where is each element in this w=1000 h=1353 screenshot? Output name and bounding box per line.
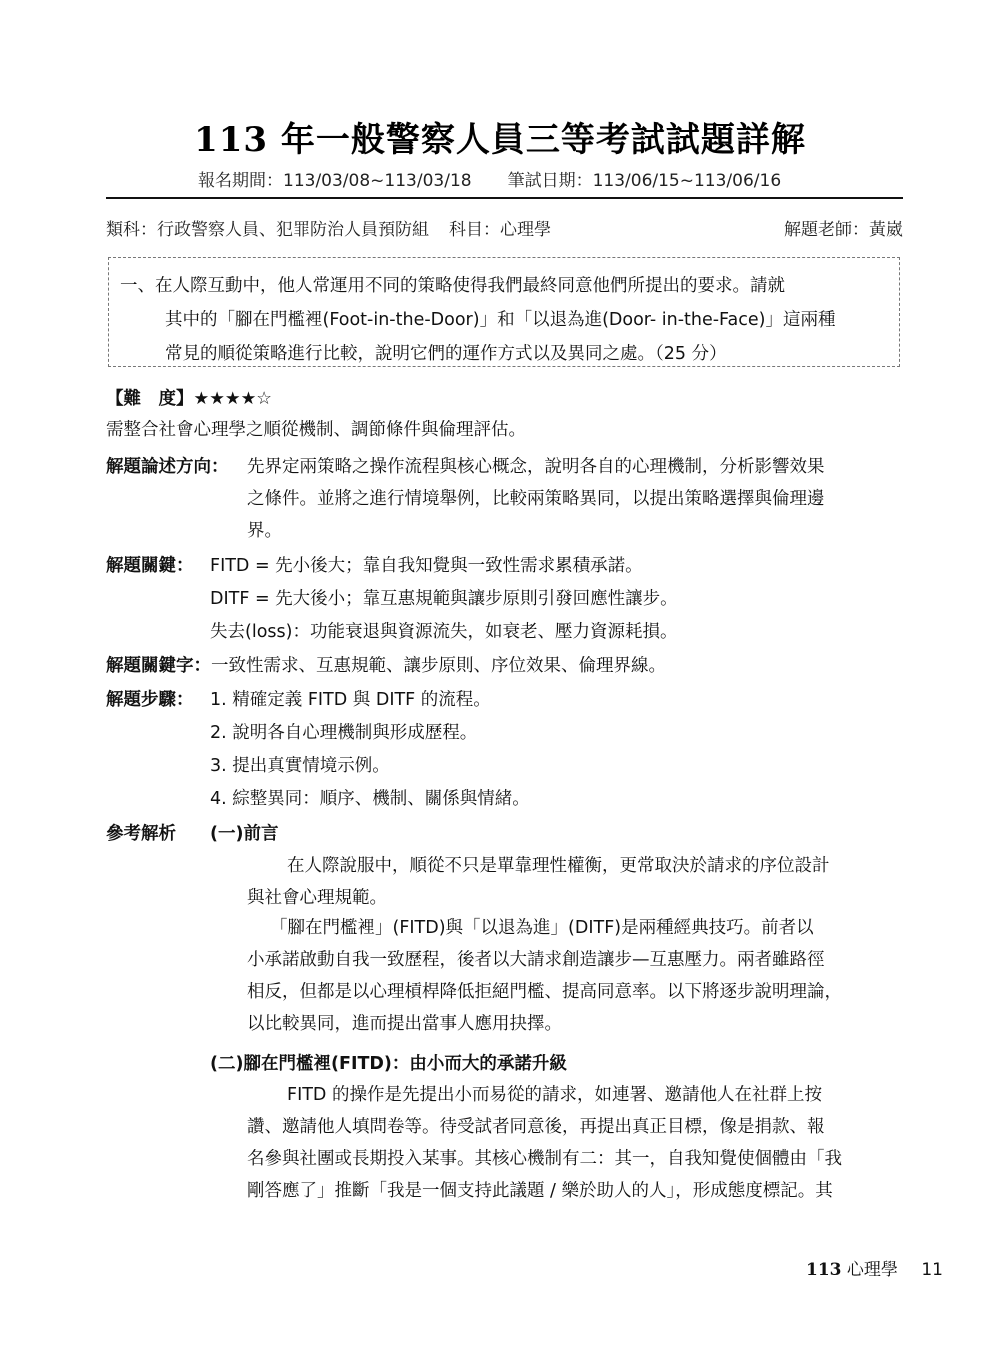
header-divider [106,197,903,199]
section-1-p2-line-4: 以比較異同，進而提出當事人應用抉擇。 [247,1010,562,1035]
keywords: 解題關鍵字：一致性需求、互惠規範、讓步原則、序位效果、倫理界線。 [106,652,666,677]
section-1-p2-line-3: 相反，但都是以心理槓桿降低拒絕門檻、提高同意率。以下將逐步說明理論， [247,978,842,1003]
teacher: 解題老師：黃崴 [784,215,903,240]
difficulty-label: 【難 度】 [106,389,194,409]
section-1-p2-line-2: 小承諾啟動自我一致歷程，後者以大請求創造讓步—互惠壓力。兩者雖路徑 [247,946,825,971]
keywords-text: 一致性需求、互惠規範、讓步原則、序位效果、倫理界線。 [211,656,666,676]
section-2-p1-line-3: 名參與社團或長期投入某事。其核心機制有二：其一，自我知覺使個體由「我 [247,1145,842,1170]
direction-line-2: 之條件。並將之進行情境舉例，比較兩策略異同，以提出策略選擇與倫理邊 [247,485,825,510]
key-line-2: DITF = 先大後小；靠互惠規範與讓步原則引發回應性讓步。 [210,585,678,610]
step-item-3: 3. 提出真實情境示例。 [210,752,390,777]
page-number: 11 [921,1260,943,1280]
key-line-1: FITD = 先小後大；靠自我知覺與一致性需求累積承諾。 [210,552,643,577]
page-title: 113 年一般警察人員三等考試試題詳解 [0,112,1000,161]
step-item-2: 2. 說明各自心理機制與形成歷程。 [210,719,477,744]
section-1-p2-line-1: 「腳在門檻裡」(FITD)與「以退為進」(DITF)是兩種經典技巧。前者以 [270,914,814,939]
key-line-3: 失去(loss)：功能衰退與資源流失，如衰老、壓力資源耗損。 [210,618,677,643]
step-item-1: 1. 精確定義 FITD 與 DITF 的流程。 [210,686,491,711]
difficulty-stars-icon: ★★★★☆ [194,389,272,409]
keywords-label: 解題關鍵字： [106,656,211,676]
footer-book-subject: 心理學 [847,1260,898,1280]
footer-book-year: 113 [806,1260,842,1280]
direction-line-1: 先界定兩策略之操作流程與核心概念，說明各自的心理機制，分析影響效果 [247,453,825,478]
difficulty-note: 需整合社會心理學之順從機制、調節條件與倫理評估。 [106,416,526,441]
category: 類科：行政警察人員、犯罪防治人員預防組 [106,220,429,240]
direction-line-3: 界。 [247,517,282,542]
section-1-p1-line-2: 與社會心理規範。 [247,884,387,909]
section-2-p1-line-4: 剛答應了」推斷「我是一個支持此議題 / 樂於助人的人」，形成態度標記。其 [247,1177,833,1202]
direction-label: 解題論述方向： [106,453,229,478]
difficulty: 【難 度】★★★★☆ [106,385,272,410]
registration-label: 報名期間： [198,171,283,191]
section-2-p1-line-1: FITD 的操作是先提出小而易從的請求，如連署、邀請他人在社群上按 [287,1081,822,1106]
section-1-p1-line-1: 在人際說服中，順從不只是單靠理性權衡，更常取決於請求的序位設計 [287,852,830,877]
question-line-2: 其中的「腳在門檻裡(Foot-in-the-Door)」和「以退為進(Door-… [165,306,835,331]
steps-label: 解題步驟： [106,686,194,711]
page-footer: 113 心理學 11 [806,1255,943,1280]
question-line-3: 常見的順從策略進行比較，說明它們的運作方式以及異同之處。（25 分） [165,340,727,365]
section-2-p1-line-2: 讚、邀請他人填問卷等。待受試者同意後，再提出真正目標，像是捐款、報 [247,1113,825,1138]
subject: 科目：心理學 [449,220,551,240]
exam-dates: 報名期間：113/03/08~113/03/18筆試日期：113/06/15~1… [198,166,781,191]
exam-meta: 類科：行政警察人員、犯罪防治人員預防組科目：心理學 解題老師：黃崴 [106,215,903,240]
exam-period: 113/06/15~113/06/16 [593,171,782,191]
exam-label: 筆試日期： [508,171,593,191]
step-item-4: 4. 綜整異同：順序、機制、關係與情緒。 [210,785,530,810]
analysis-label: 參考解析 [106,820,176,845]
key-label: 解題關鍵： [106,552,194,577]
section-1-heading: (一)前言 [210,820,279,845]
registration-period: 113/03/08~113/03/18 [283,171,472,191]
section-2-heading: (二)腳在門檻裡(FITD)：由小而大的承諾升級 [210,1050,567,1075]
question-line-1: 一、在人際互動中，他人常運用不同的策略使得我們最終同意他們所提出的要求。請就 [120,272,785,297]
